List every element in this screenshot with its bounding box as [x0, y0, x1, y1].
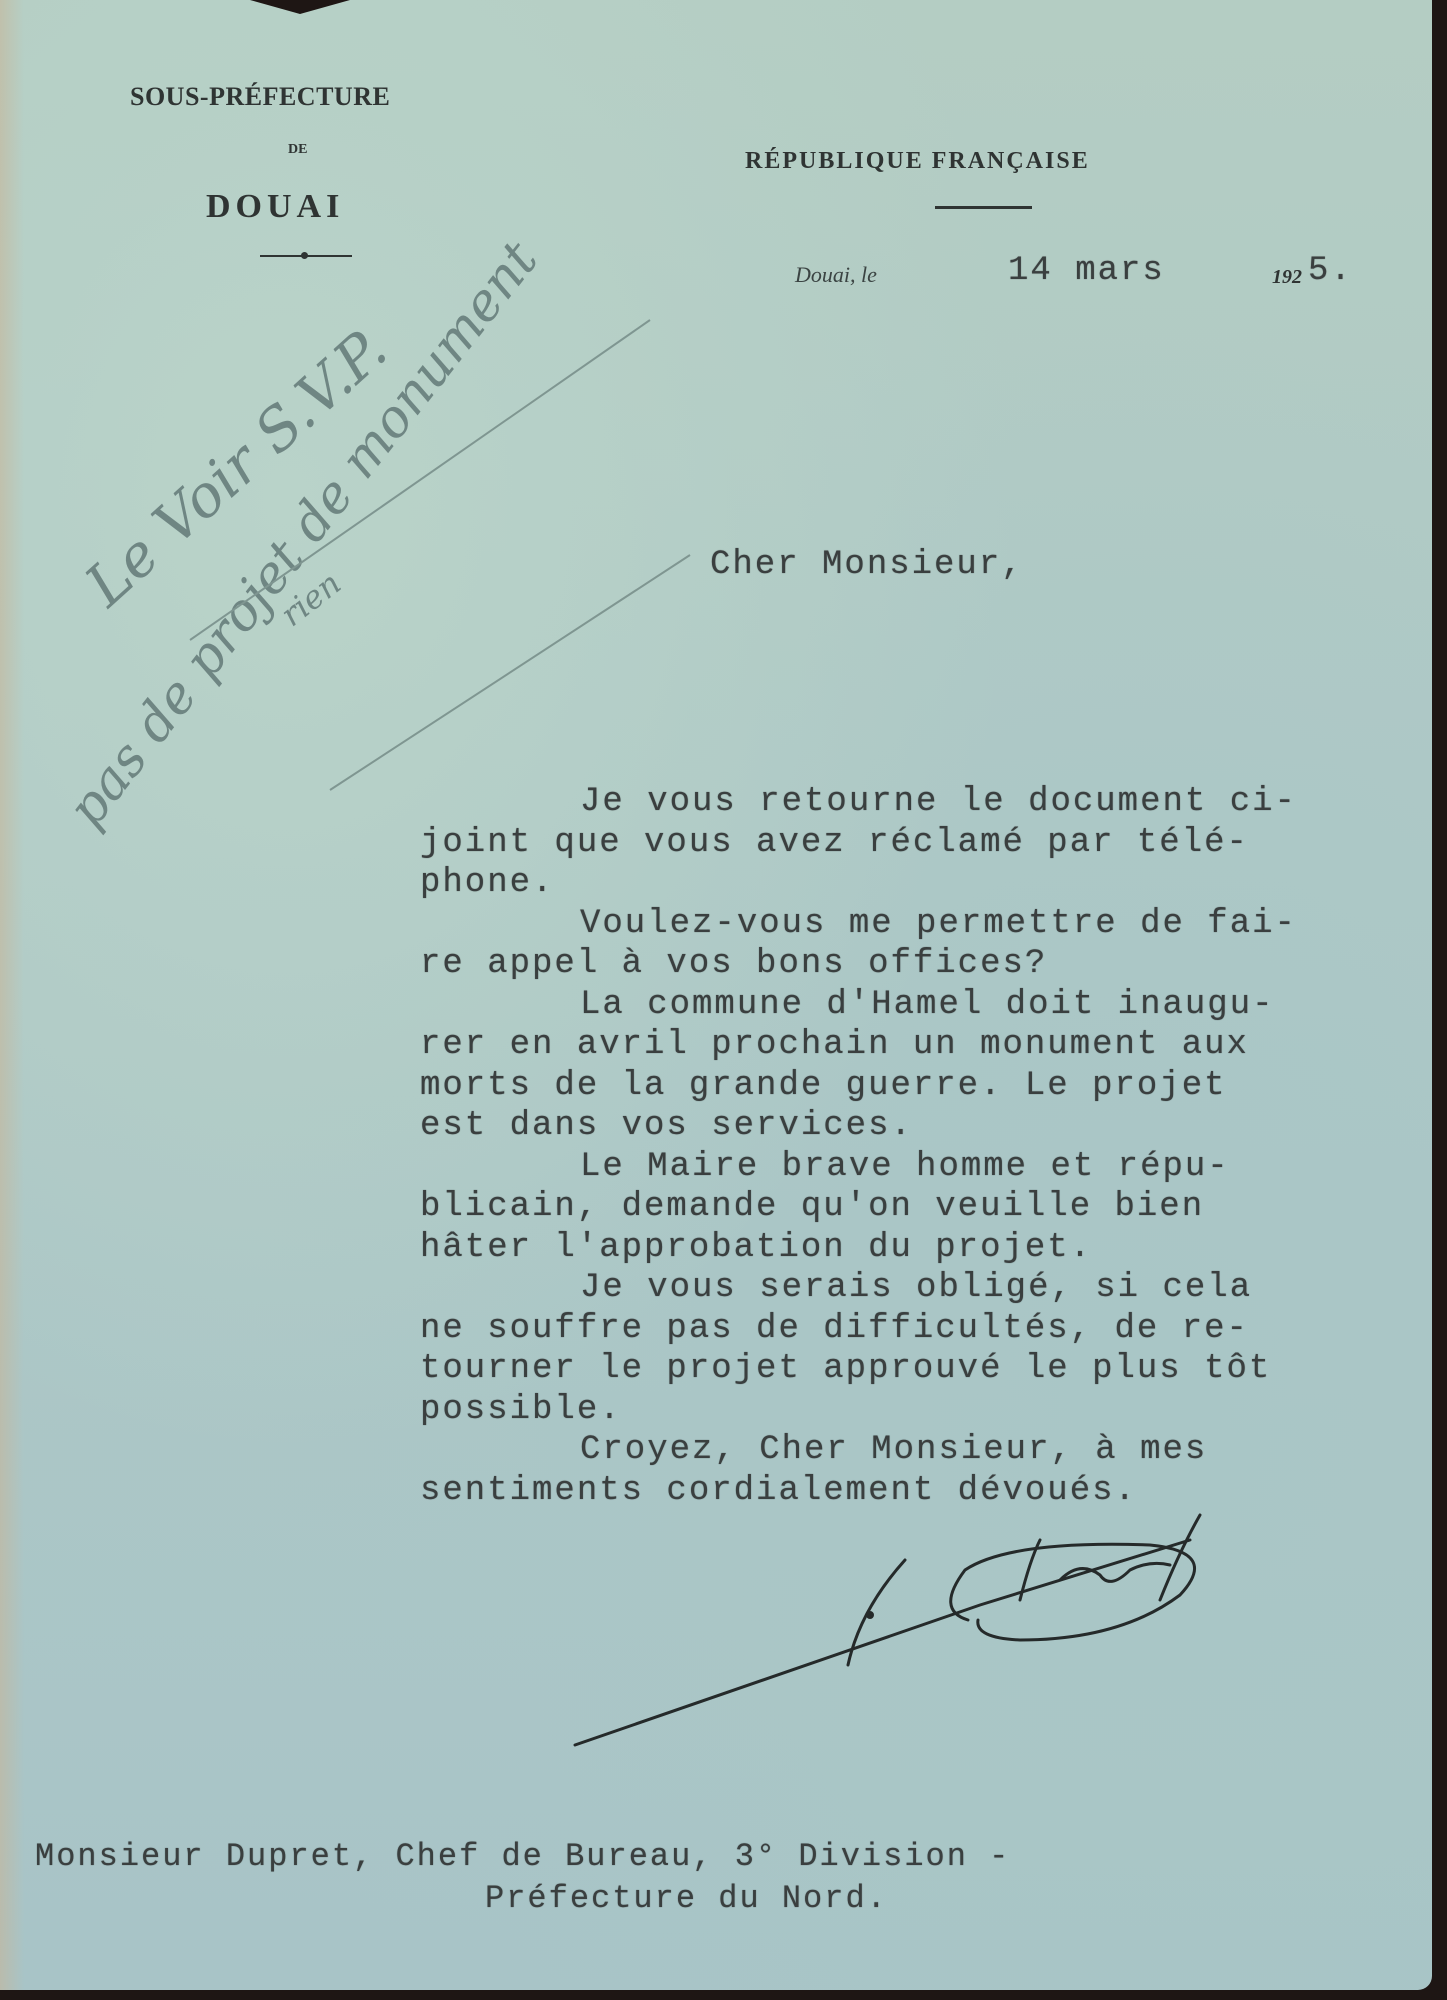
- addressee-line-2: Préfecture du Nord.: [485, 1880, 888, 1917]
- addressee-line-1: Monsieur Dupret, Chef de Bureau, 3° Divi…: [35, 1838, 1010, 1875]
- pencil-and-ink-marks: [0, 0, 1447, 2000]
- signature-mark: [575, 1515, 1200, 1745]
- letter-sheet: SOUS-PRÉFECTURE DE DOUAI RÉPUBLIQUE FRAN…: [0, 0, 1432, 1990]
